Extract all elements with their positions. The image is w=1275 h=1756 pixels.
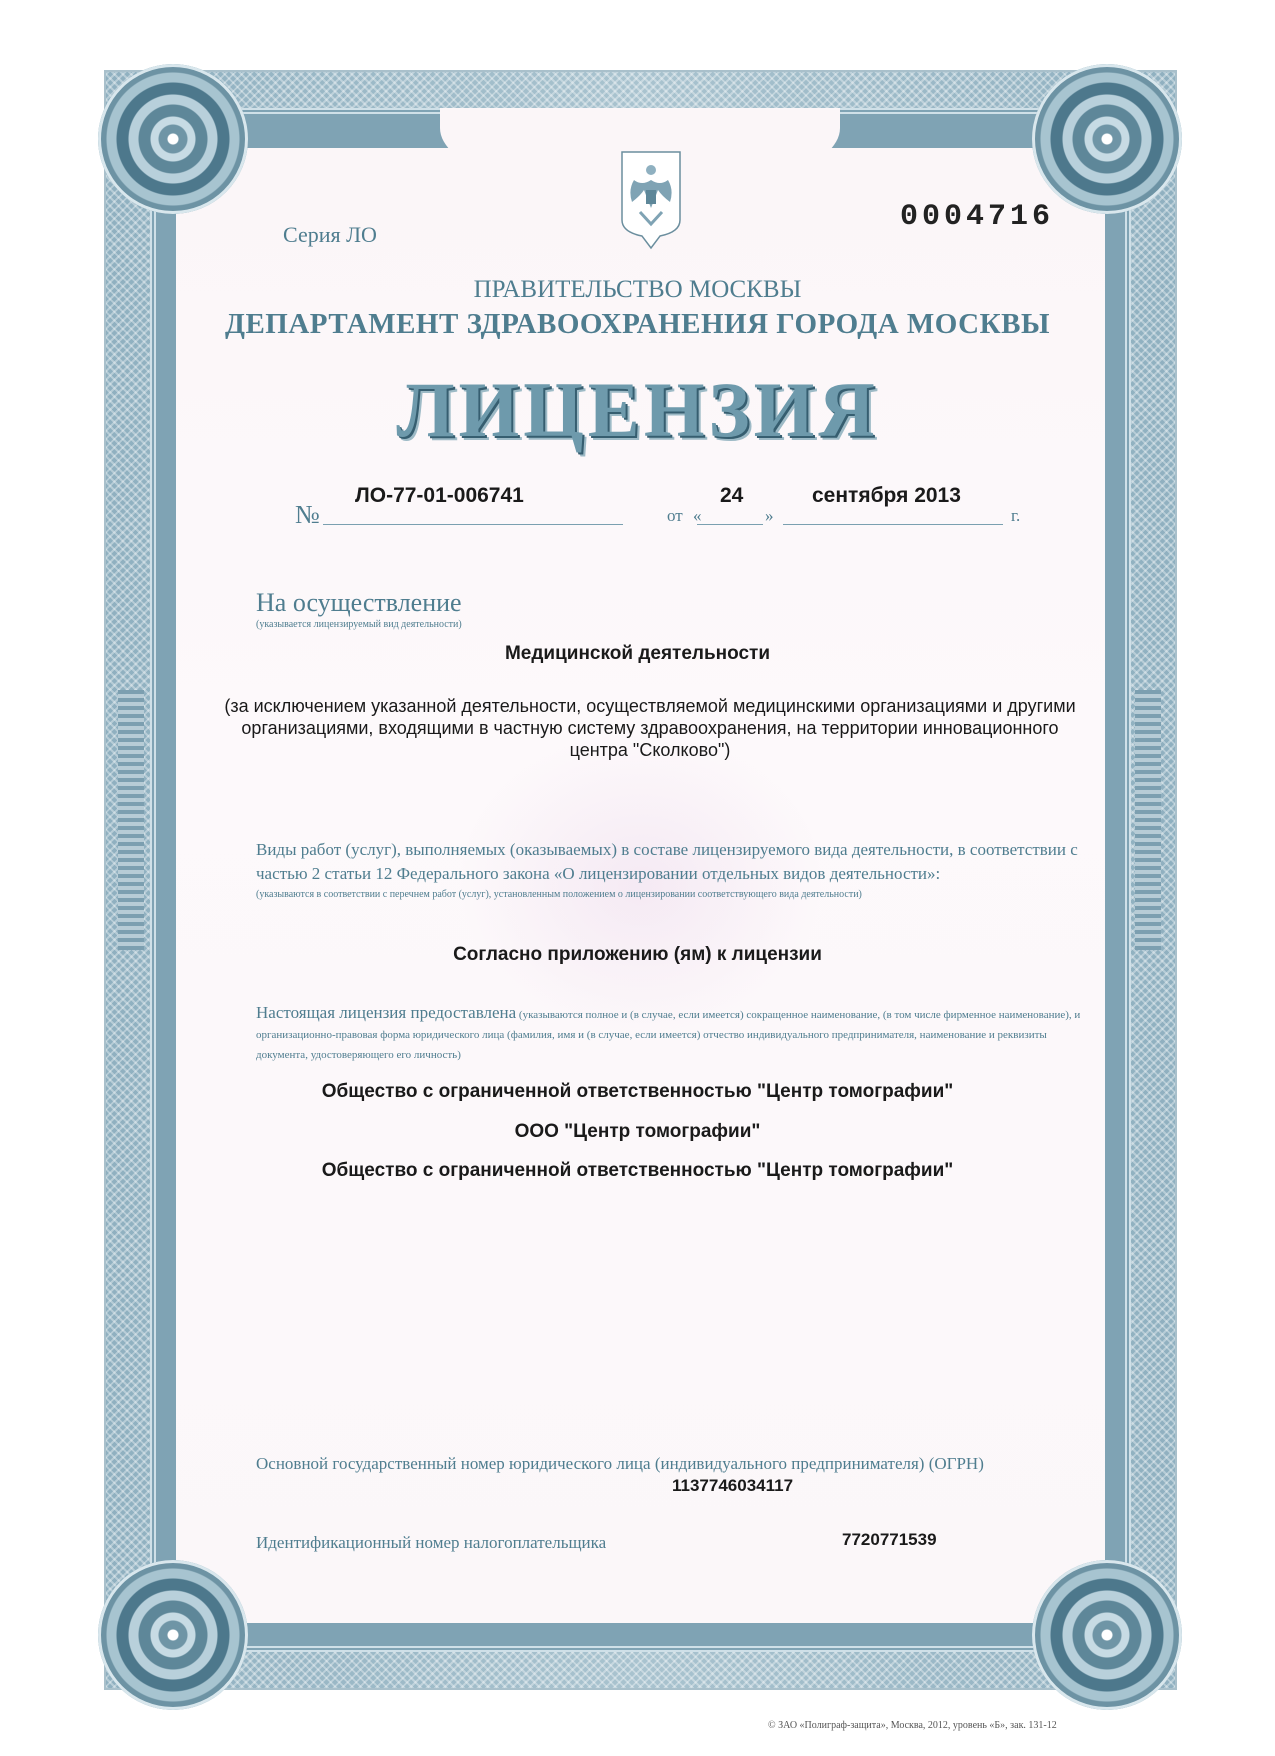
works-label: Виды работ (услуг), выполняемых (оказыва… xyxy=(256,838,1096,886)
inn-label: Идентификационный номер налогоплательщик… xyxy=(256,1533,606,1553)
licensed-activity: Медицинской деятельности xyxy=(0,643,1275,665)
purpose-hint: (указывается лицензируемый вид деятельно… xyxy=(256,619,462,630)
serial-number: 0004716 xyxy=(900,200,1054,234)
granted-label: Настоящая лицензия предоставлена xyxy=(256,1003,516,1022)
rosette-bottom-right-icon xyxy=(1032,1560,1182,1710)
day-underline xyxy=(697,524,763,525)
number-sign: № xyxy=(295,500,320,530)
organization-short-name: ООО "Центр томографии" xyxy=(0,1121,1275,1143)
purpose-label: На осуществление xyxy=(256,588,462,618)
inn-value: 7720771539 xyxy=(842,1530,937,1550)
organization-full-name: Общество с ограниченной ответственностью… xyxy=(0,1081,1275,1103)
works-hint: (указываются в соответствии с перечнем р… xyxy=(256,889,862,900)
coat-of-arms-icon xyxy=(620,150,682,250)
activity-exclusion: (за исключением указанной деятельности, … xyxy=(220,695,1080,761)
quote-close: » xyxy=(765,506,774,526)
frame-side-ornament-right xyxy=(1135,690,1161,950)
license-number-row: № ЛО-77-01-006741 от « » 24 сентября 201… xyxy=(295,484,1035,534)
year-suffix: г. xyxy=(1011,506,1020,526)
number-underline xyxy=(323,524,623,525)
date-from-label: от xyxy=(667,506,683,526)
rosette-top-right-icon xyxy=(1032,64,1182,214)
granted-section: Настоящая лицензия предоставлена (указыв… xyxy=(256,1003,1096,1065)
rosette-top-left-icon xyxy=(98,64,248,214)
license-number: ЛО-77-01-006741 xyxy=(355,484,524,508)
department-name: ДЕПАРТАМЕНТ ЗДРАВООХРАНЕНИЯ ГОРОДА МОСКВ… xyxy=(0,308,1275,341)
rosette-bottom-left-icon xyxy=(98,1560,248,1710)
frame-side-ornament-left xyxy=(118,690,144,950)
document-title: ЛИЦЕНЗИЯ xyxy=(0,365,1275,455)
ogrn-label: Основной государственный номер юридическ… xyxy=(256,1454,984,1474)
government-name: ПРАВИТЕЛЬСТВО МОСКВЫ xyxy=(0,276,1275,304)
printer-imprint: © ЗАО «Полиграф-защита», Москва, 2012, у… xyxy=(768,1720,1057,1731)
works-value: Согласно приложению (ям) к лицензии xyxy=(0,944,1275,966)
license-month-year: сентября 2013 xyxy=(812,484,961,508)
series-label: Серия ЛО xyxy=(283,222,377,248)
organization-brand-name: Общество с ограниченной ответственностью… xyxy=(0,1160,1275,1182)
quote-open: « xyxy=(693,506,702,526)
month-underline xyxy=(783,524,1003,525)
ogrn-value: 1137746034117 xyxy=(672,1476,793,1496)
license-day: 24 xyxy=(720,484,743,508)
